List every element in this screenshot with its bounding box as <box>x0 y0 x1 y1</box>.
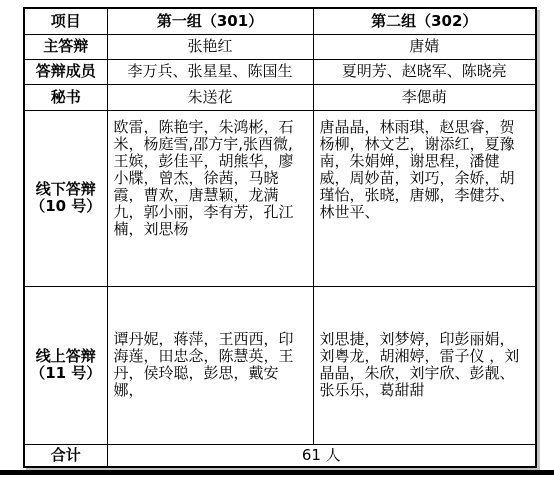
offline-defense-label-line2: （10 号） <box>30 197 101 215</box>
offline-group1-names: 欧雷，陈艳宇，朱鸿彬，石米，杨庭雪,邵方宇,张酉微,王嫔，彭佳平，胡熊华，廖小牒… <box>107 110 313 286</box>
header-group1-cell: 第一组（301） <box>107 8 313 34</box>
defense-roster-table: 项目 第一组（301） 第二组（302） 主答辩 张艳红 唐婧 答辩成员 李万兵… <box>23 7 537 468</box>
header-item-cell: 项目 <box>24 8 107 34</box>
online-defense-label-line2: （11 号） <box>30 364 101 382</box>
online-defense-label: 线上答辩 （11 号） <box>24 286 107 444</box>
secretary-label: 秘书 <box>24 84 107 110</box>
offline-group2-names: 唐晶晶，林雨琪，赵思睿，贺杨柳，林文艺，谢添红，夏豫南，朱娟婵，谢思程，潘健威，… <box>313 110 536 286</box>
total-label: 合计 <box>24 444 107 467</box>
members-row: 答辩成员 李万兵、张星星、陈国生 夏明芳、赵晓军、陈晓亮 <box>24 59 536 84</box>
header-row: 项目 第一组（301） 第二组（302） <box>24 8 536 34</box>
secretary-row: 秘书 朱送花 李偲萌 <box>24 84 536 110</box>
online-defense-row: 线上答辩 （11 号） 谭丹妮，蒋萍，王西西，印海莲，田忠念，陈慧英，王丹，侯玲… <box>24 286 536 444</box>
main-defender-group2: 唐婧 <box>313 34 536 59</box>
offline-defense-row: 线下答辩 （10 号） 欧雷，陈艳宇，朱鸿彬，石米，杨庭雪,邵方宇,张酉微,王嫔… <box>24 110 536 286</box>
header-group2-cell: 第二组（302） <box>313 8 536 34</box>
page-bottom-edge-bar <box>0 470 554 475</box>
main-defender-group1: 张艳红 <box>107 34 313 59</box>
members-group2: 夏明芳、赵晓军、陈晓亮 <box>313 59 536 84</box>
offline-defense-label-line1: 线下答辩 <box>36 180 96 198</box>
total-row: 合计 61 人 <box>24 444 536 467</box>
main-defender-row: 主答辩 张艳红 唐婧 <box>24 34 536 59</box>
total-value: 61 人 <box>107 444 536 467</box>
secretary-group2: 李偲萌 <box>313 84 536 110</box>
main-defender-label: 主答辩 <box>24 34 107 59</box>
online-group2-names: 刘思捷，刘梦婷，印彭丽娟，刘粤龙，胡湘婷，雷子仪 ，刘晶晶，朱欣，刘宇欣、彭靓、… <box>313 286 536 444</box>
online-group1-names: 谭丹妮，蒋萍，王西西，印海莲，田忠念，陈慧英，王丹，侯玲聪，彭思，戴安娜， <box>107 286 313 444</box>
document-page: 项目 第一组（301） 第二组（302） 主答辩 张艳红 唐婧 答辩成员 李万兵… <box>0 0 554 478</box>
members-group1: 李万兵、张星星、陈国生 <box>107 59 313 84</box>
members-label: 答辩成员 <box>24 59 107 84</box>
secretary-group1: 朱送花 <box>107 84 313 110</box>
offline-defense-label: 线下答辩 （10 号） <box>24 110 107 286</box>
online-defense-label-line1: 线上答辩 <box>36 347 96 365</box>
